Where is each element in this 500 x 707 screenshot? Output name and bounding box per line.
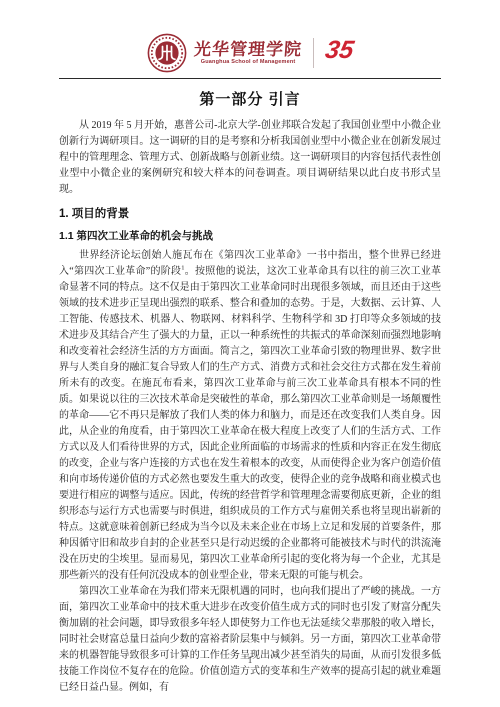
challenge-paragraph: 第四次工业革命在为我们带来无限机遇的同时，也向我们提出了严峻的挑战。一方面，第四…	[59, 584, 441, 696]
school-name-cn: 光华管理学院	[193, 41, 302, 59]
document-page: 光华管理学院 Guanghua School of Management 35 …	[0, 0, 500, 707]
peking-university-seal-icon	[147, 33, 187, 73]
revolution-paragraph: 世界经济论坛创始人施瓦布在《第四次工业革命》一书中指出，整个世界已经进入“第四次…	[59, 248, 441, 584]
revolution-paragraph-part2: 。按照他的说法，这次工业革命具有以往的前三次工业革命显著不同的特点。这不仅是由于…	[59, 266, 441, 581]
section-1-1-heading: 1.1 第四次工业革命的机会与挑战	[59, 228, 441, 243]
anniversary-35-logo: 35	[322, 38, 355, 69]
school-name-en: Guanghua School of Management	[201, 59, 296, 65]
logo-divider	[313, 38, 314, 68]
document-body: 从 2019 年 5 月开始，惠普公司-北京大学-创业邦联合发起了我国创业型中小…	[59, 118, 441, 696]
guanghua-logo: 光华管理学院 Guanghua School of Management 35	[59, 33, 441, 73]
page-number: 1	[0, 655, 500, 665]
page-header: 光华管理学院 Guanghua School of Management 35	[59, 0, 441, 79]
part-title: 第一部分 引言	[59, 88, 441, 109]
intro-paragraph: 从 2019 年 5 月开始，惠普公司-北京大学-创业邦联合发起了我国创业型中小…	[59, 118, 441, 198]
school-name-block: 光华管理学院 Guanghua School of Management	[194, 41, 302, 66]
section-1-heading: 1. 项目的背景	[59, 205, 441, 221]
